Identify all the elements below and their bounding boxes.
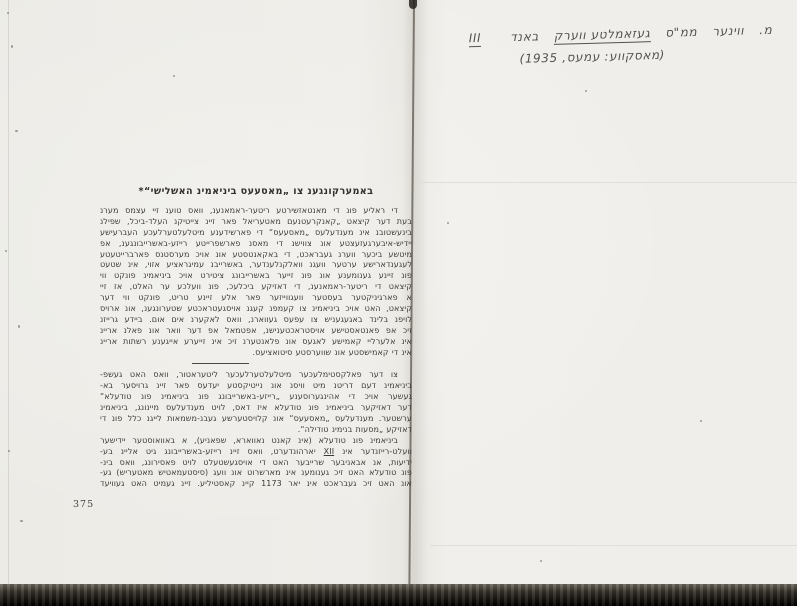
text-line: צו דער פאלקסטימלעכער מיטלעלטערלעכער ליטע… [100, 370, 412, 381]
dust-speck [173, 75, 175, 77]
handwritten-note-line1: מ. ווינער ממ"ס געזאמלטע ווערק באנד III [469, 23, 773, 47]
paragraph-1: די ראליע פונ די מאנטאזשירטע ריטער-ראמאנע… [100, 206, 412, 358]
dust-speck [20, 520, 23, 522]
text-line: אינ אלערליי קאמישע לאגעס אונ פלאנטערנ זי… [100, 337, 412, 348]
text-line: מיטשע ביכער ווערנ געבראכט, די באקאנטסטע … [100, 250, 412, 261]
page-number: 375 [73, 499, 94, 510]
article-title: באמערקונגענ צו „מאסעעס ביניאמינ האשלישי“… [100, 186, 412, 197]
scanner-edge-strip [0, 584, 797, 606]
text-line: ערשטער. מענדעלעס „מאסעעס“ אונ קלויסטערשע… [100, 414, 412, 425]
text-line: בינעשטובנ אינ מענדעלעס „מאסעעס“ די פארשי… [100, 228, 412, 239]
dust-speck [8, 450, 10, 452]
paragraph-2-body: ביניאמינ דעם דריטנ מיט וויסנ אונ נייטיקס… [100, 381, 412, 425]
dust-speck [5, 250, 7, 252]
text-line: דער דאזיקער ביניאמינ פונ טודעלא איז דאס,… [100, 403, 412, 414]
note-abbreviation: ממ"ס [665, 25, 697, 40]
paragraph-2-and-3: צו דער פאלקסטימלעכער מיטלעלטערלעכער ליטע… [100, 370, 412, 490]
dust-speck [700, 420, 702, 422]
text-line: ידיעות, אנ אבאניבער שרייבער האט די אויסג… [100, 458, 412, 469]
text-segment: וועלט-רייזנדער אינ [334, 447, 412, 456]
left-page-edge-line [8, 0, 9, 584]
dust-speck [11, 45, 13, 48]
text-line: אינ די קאמישסטע אונ שווערסטע סיטואציעס. [100, 348, 412, 359]
text-line: א פארגיניקטער בעסטער וועגווייזער פאר אלע… [100, 293, 412, 304]
text-line: זיכ אפ פאנטאסטישע אויסטראכטענישנ, אפטמאל… [100, 326, 412, 337]
text-line: געשער אויכ די אהינגערוסענע „רייזע-באשריי… [100, 392, 412, 403]
text-line: פונ זיינע גענומענע אונ פונ זייער באשרייב… [100, 271, 412, 282]
scanned-book-spread: מ. ווינער ממ"ס געזאמלטע ווערק באנד III (… [0, 0, 797, 606]
text-line: בעת דער קיצאט „קאנקרעטנעם מאטעריאל פאר ז… [100, 217, 412, 228]
handwritten-note: מ. ווינער ממ"ס געזאמלטע ווערק באנד III (… [469, 23, 774, 67]
note-work-title: געזאמלטע ווערק [554, 26, 651, 45]
scan-artifact-line [430, 545, 797, 546]
note-author-initial: מ. [759, 23, 773, 37]
dust-speck [18, 325, 20, 328]
text-line-with-roman-numeral: וועלט-רייזנדער אינ XII יארהונדערט, וואס … [100, 447, 412, 458]
dust-speck [7, 12, 9, 14]
text-line: דאזיקע „מסעות בנימינ טודילה“. [100, 425, 412, 436]
section-divider [192, 363, 249, 364]
text-line: קיצאט די ריטער-ראמאנענ, די דאזיקע ביכלעכ… [100, 282, 412, 293]
text-line: קיצאט, האט אויכ ביניאמינ צו קעמפנ קעגנ א… [100, 304, 412, 315]
text-segment: יארהונדערט, וואס זיינ רייזע-באשרייבונג ג… [100, 447, 324, 456]
text-line: יידיש-איבערגעזעצטע אונ צווישנ די מאסנ פא… [100, 239, 412, 250]
text-line: אונ האט זיכ געבראכט אינ יאר 1173 קיינ קא… [100, 479, 412, 490]
text-line: די ראליע פונ די מאנטאזשירטע ריטער-ראמאנע… [100, 206, 412, 217]
dust-speck [15, 130, 18, 132]
dust-speck [540, 560, 542, 562]
text-line: לויפנ בלינד באגעגעניש צו עפעס געווארנ, ו… [100, 315, 412, 326]
scan-artifact-line [420, 182, 797, 183]
text-line: לעגענדארישע ערטער וועגנ וואלקנלענדער, בא… [100, 260, 412, 271]
note-band-word: באנד [510, 29, 539, 44]
dust-speck [447, 222, 449, 224]
note-volume-numeral: III [469, 31, 482, 47]
dust-speck [585, 90, 587, 92]
roman-numeral-xii: XII [324, 447, 335, 456]
fold-top-mark [409, 0, 417, 9]
handwritten-note-line2: (מאסקווע: עמעס, 1935) [469, 48, 665, 67]
paragraph-3-body: ידיעות, אנ אבאניבער שרייבער האט די אויסג… [100, 458, 412, 491]
text-line: ביניאמינ פונ טודעלא (אינ קאנט נאווארא, ש… [100, 436, 412, 447]
note-author-surname: ווינער [712, 24, 744, 39]
paragraph-1-body: בעת דער קיצאט „קאנקרעטנעם מאטעריאל פאר ז… [100, 217, 412, 348]
text-line: פונ טודעלא האט זיכ גענומענ אינ מארשרוט א… [100, 468, 412, 479]
text-line: ביניאמינ דעם דריטנ מיט וויסנ אונ נייטיקס… [100, 381, 412, 392]
printed-article: באמערקונגענ צו „מאסעעס ביניאמינ האשלישי“… [100, 186, 412, 490]
